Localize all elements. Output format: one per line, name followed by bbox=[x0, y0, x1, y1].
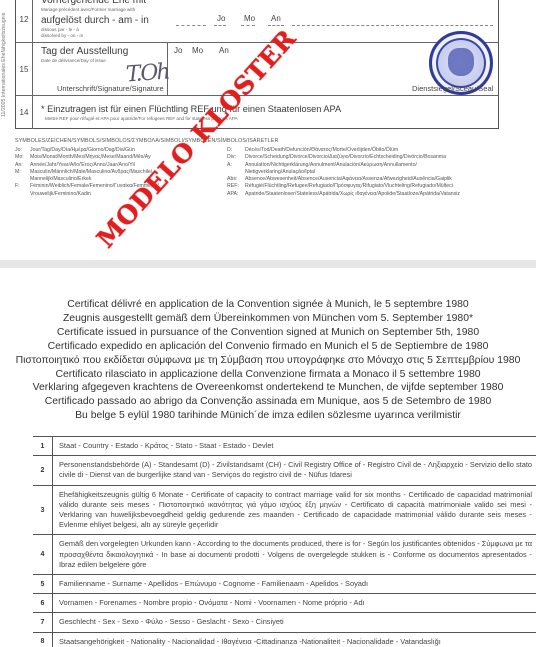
symbol-item: APA:Apatride/Staatenloser/Stateless/Apát… bbox=[227, 191, 460, 198]
issue-date-day-header: Jo bbox=[174, 46, 182, 55]
certificate-second-page: Certificat délivré en application de la … bbox=[0, 268, 536, 647]
convention-line-tr: Bu belge 5 eylül 1980 tarihinde Münich´d… bbox=[0, 409, 536, 423]
issue-date-label: Tag der Ausstellung bbox=[41, 46, 128, 57]
issue-date-month-header: Mo bbox=[192, 46, 203, 55]
convention-line-nl: Verklaring afgegeven krachtens de Overee… bbox=[0, 381, 536, 395]
issue-date-year-header: An bbox=[219, 46, 229, 55]
row-number: 8 bbox=[33, 633, 53, 647]
row-number: 4 bbox=[33, 535, 53, 574]
seal-emblem-icon bbox=[448, 48, 474, 76]
symbol-item: A:Annulation/Nichtigerklärung/Annulment/… bbox=[227, 162, 460, 169]
seal-caption: Dienstsiegel/Sceau/Seal bbox=[412, 84, 493, 93]
row-label: Vornamen - Forenames - Nombre propio - Ο… bbox=[53, 594, 536, 612]
dissolved-by-sublabel-en: dissolved by - on - in bbox=[41, 33, 83, 39]
row-label: Staatsangehörigkeit - Nationality - Naci… bbox=[53, 633, 536, 647]
table-row: 7 Geschlecht - Sex - Sexo - Φύλο - Sesso… bbox=[33, 612, 536, 631]
row-label: Ehefähigkeitszeugnis gültig 6 Monate - C… bbox=[53, 486, 536, 535]
handwritten-signature: T.Oh bbox=[125, 60, 169, 88]
symbol-item: REF:Réfugié/Flüchtling/Refugee/Refugiado… bbox=[227, 183, 460, 190]
row-number: 5 bbox=[33, 575, 53, 593]
row-number: 7 bbox=[33, 613, 53, 631]
form-row-14: 14 * Einzutragen ist für einen Flüchtlin… bbox=[16, 96, 498, 129]
row-label: Familienname - Surname - Apellidos - Επώ… bbox=[53, 575, 536, 593]
symbol-item: An:Année/Jahr/Year/Año/Έτος/Anno/Jaar/An… bbox=[15, 162, 159, 169]
convention-line-pt: Certificado passado ao abrigo da Convenç… bbox=[0, 395, 536, 409]
certificate-scan-top: 11/2005 Internationales Ehefähigkeitszeu… bbox=[0, 0, 536, 260]
convention-line-es: Certificado expedido en aplicación del C… bbox=[0, 340, 536, 354]
symbol-item: M:Masculin/Männlich/Male/Masculino/Άνδρα… bbox=[15, 169, 159, 176]
date-header-year: An bbox=[271, 14, 281, 23]
table-row: 6 Vornamen - Forenames - Nombre propio -… bbox=[33, 593, 536, 612]
row-number: 14 bbox=[16, 96, 33, 129]
symbols-heading: SYMBOLES/ZEICHEN/SYMBOLS/SIMBOLOS/ΣΥΜΒΟΛ… bbox=[15, 138, 278, 144]
convention-statement: Certificat délivré en application de la … bbox=[0, 298, 536, 423]
row-number: 1 bbox=[33, 437, 53, 455]
section-separator bbox=[0, 260, 536, 268]
row-number: 6 bbox=[33, 594, 53, 612]
table-row: 4 Gemäß den vorgelegten Urkunden kann - … bbox=[33, 534, 536, 574]
form-row-12: 12 Vorhergehende Ehe mit Mariage précéde… bbox=[16, 0, 498, 43]
previous-marriage-label: Vorhergehende Ehe mit bbox=[41, 0, 146, 6]
table-row: 3 Ehefähigkeitszeugnis gültig 6 Monate -… bbox=[33, 485, 536, 535]
table-row: 8 Staatsangehörigkeit - Nationality - Na… bbox=[33, 632, 536, 647]
date-header-day: Jo bbox=[217, 14, 225, 23]
row-number: 12 bbox=[16, 0, 33, 42]
convention-line-de: Zeugnis ausgestellt gemäß dem Übereinkom… bbox=[0, 312, 536, 326]
refugee-note: * Einzutragen ist für einen Flüchtling R… bbox=[41, 104, 341, 114]
symbol-item: D:Décès/Tod/Death/Defunción/Θάνατος/Mort… bbox=[227, 147, 460, 154]
row-label: Gemäß den vorgelegten Urkunden kann - Ac… bbox=[53, 535, 536, 574]
convention-line-el: Πιστοποιητικό που εκδίδεται σύμφωνα με τ… bbox=[0, 354, 536, 368]
symbols-list-right: D:Décès/Tod/Death/Defunción/Θάνατος/Mort… bbox=[227, 147, 460, 198]
dissolved-day-field bbox=[214, 25, 226, 26]
convention-line-fr: Certificat délivré en application de la … bbox=[0, 298, 536, 312]
row-label: Staat - Country - Estado - Κράτος - Stat… bbox=[53, 437, 536, 455]
previous-marriage-sublabel: Mariage précédent avec/Former marriage w… bbox=[41, 7, 135, 13]
convention-line-it: Certificato rilasciato in applicazione d… bbox=[0, 368, 536, 382]
symbol-item: Mo:Mois/Monat/Month/Mes/Μήνας/Mese/Maand… bbox=[15, 154, 159, 161]
table-row: 5 Familienname - Surname - Apellidos - Ε… bbox=[33, 574, 536, 593]
issue-date-sublabel: Date de délivrance/Day of issue bbox=[41, 58, 106, 64]
dissolved-by-label: aufgelöst durch - am - in bbox=[41, 15, 149, 26]
row-number: 15 bbox=[16, 43, 33, 95]
dissolved-month-field bbox=[241, 25, 255, 26]
symbol-item: Div:Divorce/Scheidung/Divorce/Divorcio/Δ… bbox=[227, 154, 460, 161]
table-row: 2 Personenstandsbehörde (A) - Standesamt… bbox=[33, 455, 536, 484]
row-number: 3 bbox=[33, 486, 53, 535]
row-label: Personenstandsbehörde (A) - Standesamt (… bbox=[53, 456, 536, 484]
dissolved-field-a bbox=[176, 25, 206, 26]
row-label: Geschlecht - Sex - Sexo - Φύλο - Sesso -… bbox=[53, 613, 536, 631]
form-reference-vertical-label: 11/2005 Internationales Ehefähigkeitszeu… bbox=[1, 0, 13, 130]
dissolved-place-field bbox=[292, 25, 493, 26]
table-row: 1 Staat - Country - Estado - Κράτος - St… bbox=[33, 436, 536, 455]
row-number: 2 bbox=[33, 456, 53, 484]
certificate-fields-table: 1 Staat - Country - Estado - Κράτος - St… bbox=[33, 436, 536, 647]
date-header-month: Mo bbox=[244, 14, 255, 23]
convention-line-en: Certificate issued in pursuance of the C… bbox=[0, 326, 536, 340]
